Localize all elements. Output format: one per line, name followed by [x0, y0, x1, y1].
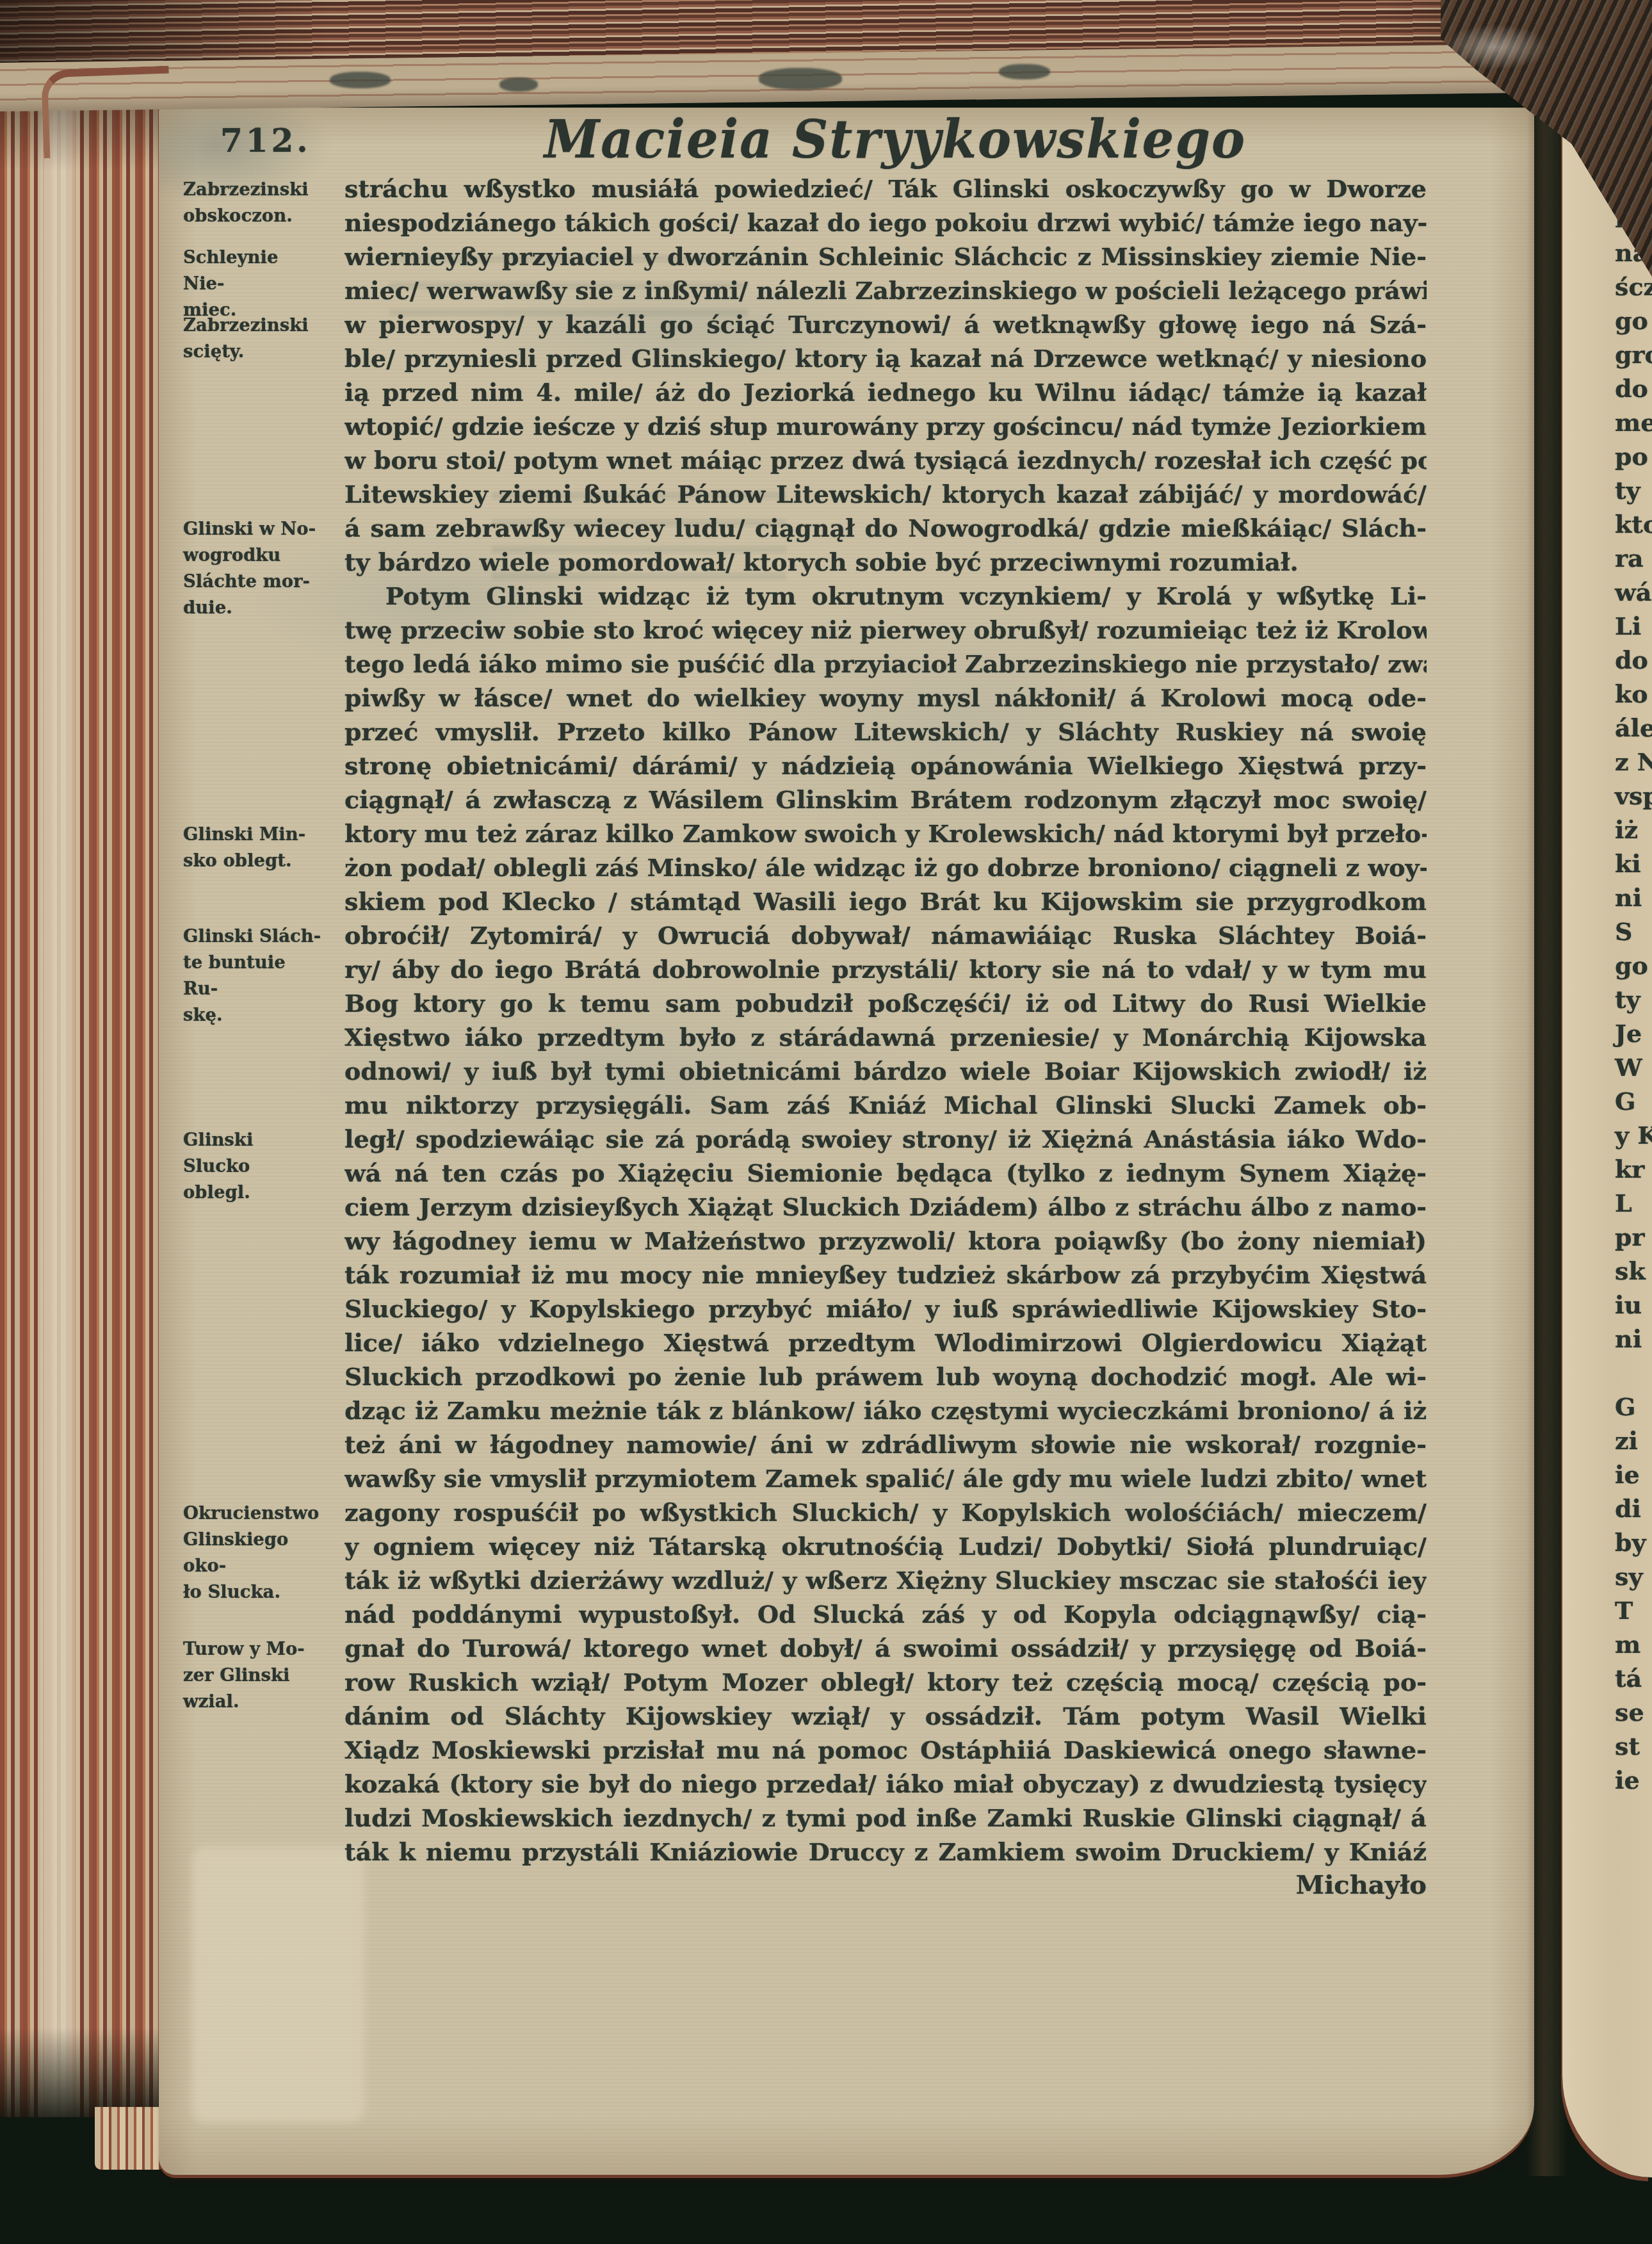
- body-line: kozaká (ktory sie był do niego przedał/ …: [344, 1767, 1427, 1801]
- book-page: 712. Macieia Stryykowskiego Zabrzezinski…: [159, 108, 1534, 2175]
- body-text-block: stráchu wßystko musiáłá powiedzieć/ Ták …: [344, 172, 1427, 1905]
- next-page-text-fragment: ni: [1615, 881, 1652, 915]
- body-line: w boru stoi/ potym wnet máiąc przez dwá …: [344, 443, 1427, 477]
- next-page-text-fragment: ko: [1615, 677, 1652, 711]
- body-line: Bog ktory go k temu sam pobudził poßczęś…: [344, 986, 1427, 1020]
- next-page-text-fragment: zi: [1615, 1424, 1652, 1458]
- page-number: 712.: [220, 122, 311, 159]
- next-page-text-fragment: pr: [1615, 1220, 1652, 1254]
- next-page-text-fragment: [1615, 1831, 1652, 1865]
- next-page-text-fragment: by: [1615, 1525, 1652, 1559]
- body-line: Xięstwo iáko przedtym było z stárádawná …: [344, 1020, 1427, 1054]
- body-line: nád poddánymi wypustoßył. Od Slucká záś …: [344, 1597, 1427, 1631]
- edge-ink-smudge: [499, 77, 538, 92]
- body-line: legł/ spodziewáiąc sie zá porádą swoiey …: [344, 1122, 1427, 1156]
- paper-repair-patch: [192, 1847, 365, 2122]
- next-page-text-fragment: go: [1615, 304, 1652, 337]
- next-page-text-fragment: po: [1615, 439, 1652, 473]
- book-fore-edge-step: [95, 2107, 169, 2170]
- next-page-text-fragment: G: [1615, 1084, 1652, 1118]
- next-page-text-fragment: gro: [1615, 337, 1652, 371]
- next-page-text-fragment: wá: [1615, 575, 1652, 609]
- body-line: ktory mu też záraz kilko Zamkow swoich y…: [344, 817, 1427, 850]
- body-line: Potym Glinski widząc iż tym okrutnym vcz…: [344, 579, 1427, 613]
- body-line: wy łágodney iemu w Małżeństwo przyzwoli/…: [344, 1224, 1427, 1258]
- next-page-text-fragment: ty: [1615, 473, 1652, 507]
- next-page-text-fragment: z N: [1615, 745, 1652, 779]
- body-line: żon podał/ oblegli záś Minsko/ ále widzą…: [344, 850, 1427, 884]
- next-page-text-fragment: [1615, 1356, 1652, 1390]
- body-line: tego ledá iáko mimo sie puśćić dla przyi…: [344, 647, 1427, 681]
- body-line: zagony rospuśćił po wßystkich Sluckich/ …: [344, 1495, 1427, 1529]
- margin-note: Zabrzezinski obskoczon.: [183, 177, 325, 229]
- next-page-text-fragment: [1615, 1797, 1652, 1831]
- margin-note: Okrucienstwo Glinskiego oko- ło Slucka.: [183, 1500, 325, 1606]
- body-line: piwßy w łásce/ wnet do wielkiey woyny my…: [344, 681, 1427, 715]
- next-page-text-fragment: kr: [1615, 1152, 1652, 1186]
- body-line: row Ruskich wziął/ Potym Mozer obległ/ k…: [344, 1665, 1427, 1699]
- next-page-text-fragment: y K: [1615, 1118, 1652, 1152]
- body-line: obroćił/ Zytomirá/ y Owruciá dobywał/ ná…: [344, 918, 1427, 952]
- next-page-text-fragment: sy: [1615, 1559, 1652, 1593]
- running-header: Macieia Stryykowskiego: [434, 108, 1356, 170]
- body-line: ták iż wßytki dzierżáwy wzdluż/ y wßerz …: [344, 1563, 1427, 1597]
- body-line: Sluckiego/ y Kopylskiego przybyć miáło/ …: [344, 1292, 1427, 1326]
- body-line: Litewskiey ziemi ßukáć Pánow Litewskich/…: [344, 477, 1427, 511]
- next-page-text-fragment: iu: [1615, 1288, 1652, 1322]
- margin-note: Glinski Slách- te buntuie Ru- skę.: [183, 923, 325, 1028]
- body-line: lice/ iáko vdzielnego Xięstwá przedtym W…: [344, 1326, 1427, 1360]
- next-page-text-fragment: ie: [1615, 1763, 1652, 1797]
- body-line: stráchu wßystko musiáłá powiedzieć/ Ták …: [344, 172, 1427, 206]
- body-line: też áni w łágodney namowie/ áni w zdrádl…: [344, 1427, 1427, 1461]
- next-page-text-fragment: L: [1615, 1186, 1652, 1220]
- body-line: mu niktorzy przysięgáli. Sam záś Kniáź M…: [344, 1088, 1427, 1122]
- body-line: wá ná ten czás po Xiążęciu Siemionie będ…: [344, 1156, 1427, 1190]
- next-page-text-fragment: do: [1615, 371, 1652, 405]
- next-page-text-fragment: T: [1615, 1593, 1652, 1627]
- next-page-sliver: MßanáśczgogrodomepotyktorawáLidokoález N…: [1562, 102, 1652, 2177]
- next-page-text-fragment: ni: [1615, 1322, 1652, 1356]
- next-page-text-fragment: kto: [1615, 507, 1652, 541]
- body-line: ták k niemu przystáli Kniáziowie Druccy …: [344, 1835, 1427, 1869]
- next-page-text-fragment: ie: [1615, 1458, 1652, 1492]
- margin-note: Glinski w No- wogrodku Sláchte mor- duie…: [183, 516, 325, 621]
- body-line: wtopić/ gdzie ieścze y dziś słup murowán…: [344, 409, 1427, 443]
- body-line: niespodziánego tákich gości/ kazał do ie…: [344, 206, 1427, 240]
- next-page-text-fragment: ki: [1615, 847, 1652, 881]
- margin-note: Zabrzezinski scięty.: [183, 313, 325, 365]
- edge-ink-smudge: [759, 68, 842, 90]
- margin-note: Schleynie Nie- miec.: [183, 245, 325, 323]
- body-line: w pierwospy/ y kazáli go ściąć Turczynow…: [344, 307, 1427, 341]
- next-page-text-fragment: ále: [1615, 711, 1652, 745]
- next-page-text-fragment: S: [1615, 915, 1652, 948]
- body-line: miec/ werwawßy sie z inßymi/ nálezli Zab…: [344, 273, 1427, 307]
- body-line: gnał do Turowá/ ktorego wnet dobył/ á sw…: [344, 1631, 1427, 1665]
- next-page-text-fragment: do: [1615, 643, 1652, 677]
- next-page-fragments: MßanáśczgogrodomepotyktorawáLidokoález N…: [1615, 168, 1652, 1865]
- catchword: Michayło: [914, 1870, 1427, 1900]
- next-page-text-fragment: tá: [1615, 1661, 1652, 1695]
- next-page-text-fragment: W: [1615, 1050, 1652, 1084]
- body-line: wiernieyßy przyiaciel y dworzánin Schlei…: [344, 240, 1427, 273]
- body-line: dánim od Sláchty Kijowskiey wziął/ y oss…: [344, 1699, 1427, 1733]
- body-line: skiem pod Klecko / stámtąd Wasili iego B…: [344, 884, 1427, 918]
- body-line: przeć vmyslił. Przeto kilko Pánow Litews…: [344, 715, 1427, 749]
- body-line: ludzi Moskiewskich iezdnych/ z tymi pod …: [344, 1801, 1427, 1835]
- body-line: twę przeciw sobie sto kroć więcey niż pi…: [344, 613, 1427, 647]
- margin-note: Glinski Min- sko oblegt.: [183, 822, 325, 874]
- body-line: ią przed nim 4. mile/ áż do Jeziorká ied…: [344, 375, 1427, 409]
- margin-note: Glinski Slucko oblegl.: [183, 1127, 325, 1206]
- gutter-shadow: [1526, 104, 1567, 2176]
- next-page-text-fragment: st: [1615, 1729, 1652, 1763]
- body-line: stronę obietnicámi/ dárámi/ y nádzieią o…: [344, 749, 1427, 783]
- next-page-text-fragment: iż: [1615, 813, 1652, 847]
- next-page-text-fragment: se: [1615, 1695, 1652, 1729]
- next-page-text-fragment: G: [1615, 1390, 1652, 1424]
- underpage-corner: [41, 66, 172, 159]
- body-line: odnowi/ y iuß był tymi obietnicámi bárdz…: [344, 1054, 1427, 1088]
- body-line: ble/ przyniesli przed Glinskiego/ ktory …: [344, 341, 1427, 375]
- body-line: wawßy sie vmyslił przymiotem Zamek spali…: [344, 1461, 1427, 1495]
- body-line: ry/ áby do iego Brátá dobrowolnie przyst…: [344, 952, 1427, 986]
- next-page-text-fragment: vsp: [1615, 779, 1652, 813]
- body-line: y ogniem więcey niż Tátarską okrutnośćią…: [344, 1529, 1427, 1563]
- next-page-text-fragment: di: [1615, 1492, 1652, 1525]
- margin-note: Turow y Mo- zer Glinski wzial.: [183, 1636, 325, 1715]
- next-page-text-fragment: me: [1615, 405, 1652, 439]
- next-page-text-fragment: ścz: [1615, 270, 1652, 304]
- next-page-text-fragment: sk: [1615, 1254, 1652, 1288]
- body-line: ták rozumiał iż mu mocy nie mnieyßey tud…: [344, 1258, 1427, 1292]
- next-page-text-fragment: Je: [1615, 1016, 1652, 1050]
- body-line: ciągnął/ á zwłasczą z Wásilem Glinskim B…: [344, 783, 1427, 817]
- body-line: dząc iż Zamku meżnie ták z blánkow/ iáko…: [344, 1394, 1427, 1427]
- next-page-text-fragment: ra: [1615, 541, 1652, 575]
- edge-ink-smudge: [330, 72, 391, 88]
- next-page-text-fragment: ty: [1615, 982, 1652, 1016]
- body-line: ty bárdzo wiele pomordował/ ktorych sobi…: [344, 545, 1427, 579]
- book-fore-edge-left: [0, 93, 161, 2117]
- body-line: á sam zebrawßy wiecey ludu/ ciągnął do N…: [344, 511, 1427, 545]
- body-line: ciem Jerzym dzisieyßych Xiążąt Sluckich …: [344, 1190, 1427, 1224]
- edge-ink-smudge: [999, 64, 1050, 79]
- body-line: Sluckich przodkowi po żenie lub práwem l…: [344, 1360, 1427, 1394]
- book-scan: 712. Macieia Stryykowskiego Zabrzezinski…: [0, 0, 1652, 2244]
- next-page-text-fragment: Li: [1615, 609, 1652, 643]
- next-page-text-fragment: m: [1615, 1627, 1652, 1661]
- next-page-text-fragment: go: [1615, 948, 1652, 982]
- body-line: Xiądz Moskiewski przisłał mu ná pomoc Os…: [344, 1733, 1427, 1767]
